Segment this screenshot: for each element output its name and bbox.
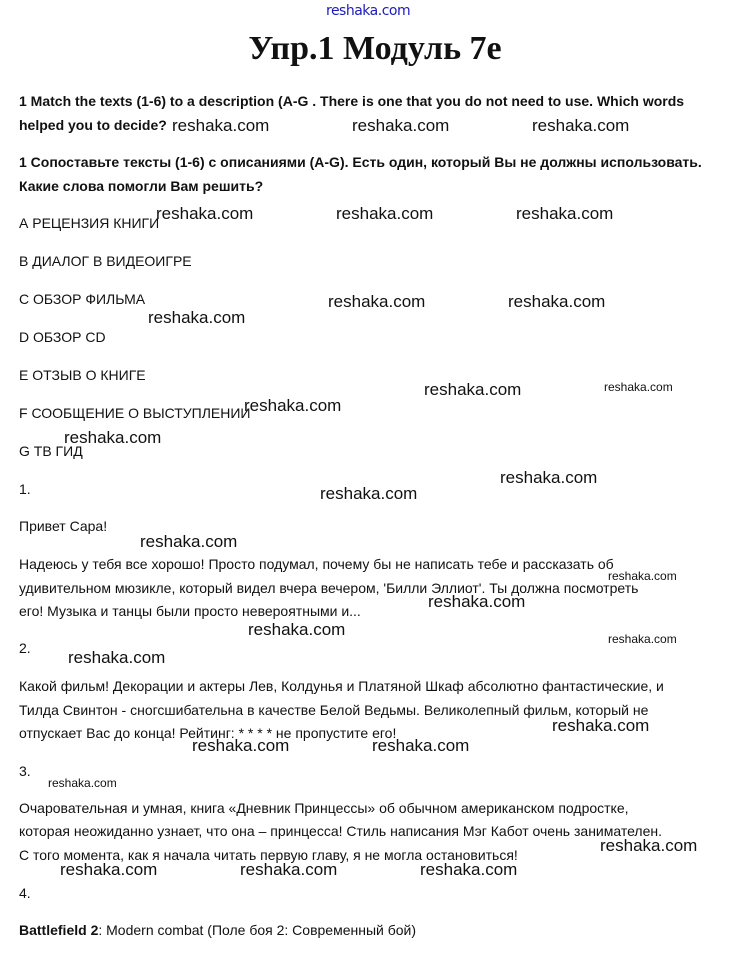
watermark: reshaka.com [64, 428, 161, 448]
watermark: reshaka.com [600, 836, 697, 856]
option-d: D ОБЗОР CD [19, 329, 106, 345]
text-3-number: 3. [19, 763, 31, 779]
watermark: reshaka.com [140, 532, 237, 552]
watermark: reshaka.com [604, 380, 673, 394]
task-english-line2: helped you to decide? [19, 117, 167, 133]
watermark: reshaka.com [532, 116, 629, 136]
option-a: А РЕЦЕНЗИЯ КНИГИ [19, 215, 159, 231]
option-e: Е ОТЗЫВ О КНИГЕ [19, 367, 146, 383]
watermark: reshaka.com [420, 860, 517, 880]
text-4-title-rest: : Modern combat (Поле боя 2: Современный… [98, 922, 416, 938]
watermark: reshaka.com [156, 204, 253, 224]
watermark: reshaka.com [608, 569, 677, 583]
option-f: F СООБЩЕНИЕ О ВЫСТУПЛЕНИИ [19, 405, 251, 421]
task-russian-line2: Какие слова помогли Вам решить? [19, 178, 263, 194]
text-4-number: 4. [19, 885, 31, 901]
option-c: С ОБЗОР ФИЛЬМА [19, 291, 145, 307]
watermark: reshaka.com [372, 736, 469, 756]
text-4-title-bold: Battlefield 2 [19, 922, 98, 938]
site-link[interactable]: reshaka.com [326, 3, 410, 19]
watermark: reshaka.com [424, 380, 521, 400]
text-3-line: которая неожиданно узнает, что она – при… [19, 823, 662, 839]
task-english-line1: 1 Match the texts (1-6) to a description… [19, 93, 684, 109]
task-russian-line1: 1 Сопоставьте тексты (1-6) с описаниями … [19, 154, 702, 170]
watermark: reshaka.com [192, 736, 289, 756]
page-title: Упр.1 Модуль 7e [0, 30, 750, 68]
text-2-number: 2. [19, 640, 31, 656]
watermark: reshaka.com [320, 484, 417, 504]
watermark: reshaka.com [552, 716, 649, 736]
option-b: В ДИАЛОГ В ВИДЕОИГРЕ [19, 253, 192, 269]
text-1-line: удивительном мюзикле, который видел вчер… [19, 580, 638, 596]
watermark: reshaka.com [148, 308, 245, 328]
watermark: reshaka.com [244, 396, 341, 416]
watermark: reshaka.com [48, 776, 117, 790]
text-1-greeting: Привет Сара! [19, 518, 107, 534]
watermark: reshaka.com [240, 860, 337, 880]
watermark: reshaka.com [336, 204, 433, 224]
text-4-title: Battlefield 2: Modern combat (Поле боя 2… [19, 922, 416, 938]
text-1-number: 1. [19, 481, 31, 497]
watermark: reshaka.com [508, 292, 605, 312]
watermark: reshaka.com [68, 648, 165, 668]
watermark: reshaka.com [328, 292, 425, 312]
text-1-line: Надеюсь у тебя все хорошо! Просто подума… [19, 556, 614, 572]
watermark: reshaka.com [428, 592, 525, 612]
watermark: reshaka.com [172, 116, 269, 136]
watermark: reshaka.com [500, 468, 597, 488]
text-2-line: Какой фильм! Декорации и актеры Лев, Кол… [19, 678, 664, 694]
text-1-line: его! Музыка и танцы были просто невероят… [19, 603, 361, 619]
watermark: reshaka.com [516, 204, 613, 224]
watermark: reshaka.com [608, 632, 677, 646]
watermark: reshaka.com [60, 860, 157, 880]
watermark: reshaka.com [352, 116, 449, 136]
text-3-line: Очаровательная и умная, книга «Дневник П… [19, 800, 629, 816]
watermark: reshaka.com [248, 620, 345, 640]
